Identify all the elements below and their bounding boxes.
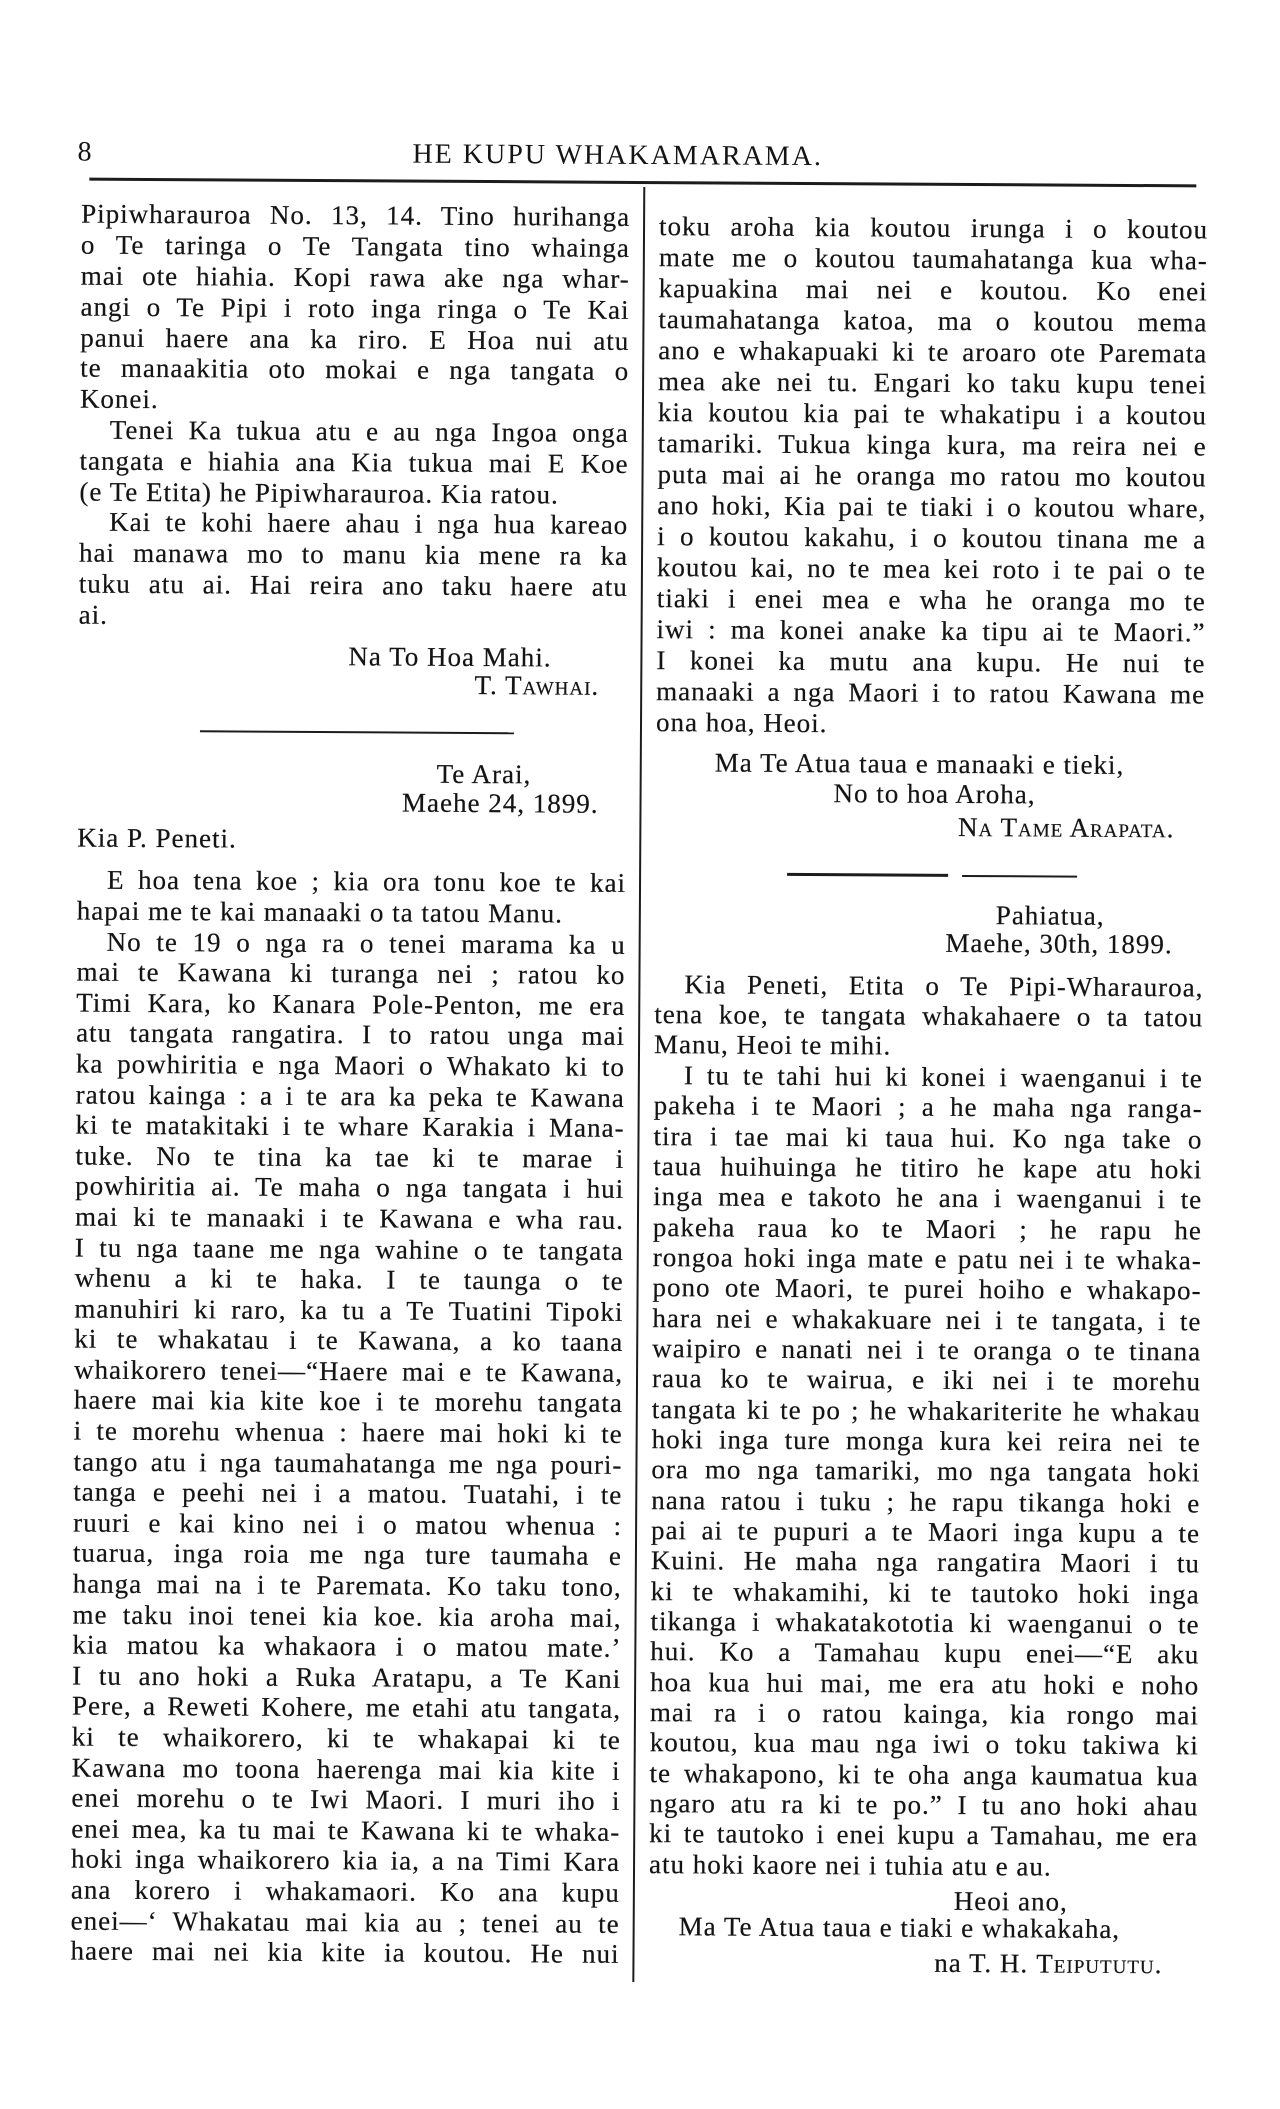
text-line: whenu a ki te haka. I te taunga o te xyxy=(75,1263,624,1297)
letter-closing: Ma Te Atua taua e manaaki e tieki, xyxy=(715,747,1125,780)
text-line: ki te matakitaki i te whare Karakia i Ma… xyxy=(75,1110,624,1144)
text-line: ruuri e kai kino nei i o matou whenua : xyxy=(73,1507,622,1541)
letter-signoff: Na To Hoa Mahi. xyxy=(348,642,551,674)
text-line: tiaki i enei mea e wha he oranga mo te xyxy=(657,583,1206,617)
text-line: i o koutou kakahu, i o koutou tinana me … xyxy=(657,521,1206,555)
letter-blessing: Ma Te Atua taua e tiaki e whakakaha, xyxy=(679,1911,1121,1944)
text-line: (e Te Etita) he Pipiwharauroa. Kia ratou… xyxy=(79,476,628,510)
text-line: panui haere ana ka riro. E Hoa nui atu xyxy=(80,322,629,356)
text-line: E hoa tena koe ; kia ora tonu koe te kai xyxy=(77,865,626,899)
text-line: ano e whakapuaki ki te aroaro ote Parema… xyxy=(658,335,1207,369)
text-line: inga mea e takoto he ana i waenganui i t… xyxy=(653,1181,1202,1215)
text-line: haere mai nei kia kite ia koutou. He nui xyxy=(70,1936,619,1970)
text-line: taua huihuinga he titiro he kape atu hok… xyxy=(653,1151,1202,1185)
text-line: tangata e hiahia ana Kia tukua mai E Koe xyxy=(80,445,629,479)
text-line: No te 19 o nga ra o tenei marama ka u xyxy=(77,926,626,960)
text-line: kia koutou kia pai te whakatipu i a kout… xyxy=(658,397,1207,431)
letter-place: Pahiatua, xyxy=(996,900,1105,931)
text-line: ki te whaikorero, ki te whakapai ki te xyxy=(72,1722,621,1756)
text-line: angi o Te Pipi i roto inga ringa o Te Ka… xyxy=(80,291,629,325)
text-line: manaaki a nga Maori i to ratou Kawana me xyxy=(656,676,1205,710)
text-line: tena koe, te tangata whakahaere o ta tat… xyxy=(654,999,1203,1033)
text-line: haere mai kia kite koe i te morehu tanga… xyxy=(74,1385,623,1419)
text-line: tira i tae mai ki taua hui. Ko nga take … xyxy=(653,1121,1202,1155)
text-line: hoki inga ture monga kura kei reira nei … xyxy=(652,1424,1201,1458)
text-line: taumahatanga katoa, ma o koutou mema xyxy=(658,304,1207,338)
left-column: Pipiwharauroa No. 13, 14. Tino hurihanga… xyxy=(70,0,632,2109)
text-line: mai ote hiahia. Kopi rawa ake nga whar- xyxy=(81,261,630,295)
text-line: kia matou ka whakaora i o matou mate.’ xyxy=(72,1630,621,1664)
text-line: I konei ka mutu ana kupu. He nui te xyxy=(656,645,1205,679)
text-line: te manaakitia oto mokai e nga tangata o xyxy=(80,353,629,387)
text-line: Pipiwharauroa No. 13, 14. Tino hurihanga xyxy=(81,199,630,233)
letter-tawhai-body: Pipiwharauroa No. 13, 14. Tino hurihanga… xyxy=(79,199,631,634)
text-line: mai ki te manaaki i te Kawana e wha rau. xyxy=(75,1201,624,1235)
text-line: enei morehu o te Iwi Maori. I muri iho i xyxy=(71,1783,620,1817)
letter-place: Te Arai, xyxy=(437,759,532,790)
text-line: mea ake nei tu. Engari ko taku kupu tene… xyxy=(658,366,1207,400)
text-line: hoa kua hui mai, me era atu hoki e noho xyxy=(650,1667,1199,1701)
text-line: Kuini. He maha nga rangatira Maori i tu xyxy=(651,1545,1200,1579)
text-line: tanga e peehi nei i a matou. Tuatahi, i … xyxy=(73,1477,622,1511)
text-line: ki te whakamihi, ki te tautoko hoki inga xyxy=(651,1576,1200,1610)
text-line: tangata ki te po ; he whakariterite he w… xyxy=(652,1394,1201,1428)
column-divider xyxy=(632,187,644,1982)
text-line: tuku atu ai. Hai reira ano taku haere at… xyxy=(79,569,628,603)
text-line: hui. Ko a Tamahau kupu enei—“E aku xyxy=(650,1636,1199,1670)
text-line: waipiro e nanati nei i te oranga o te ti… xyxy=(652,1333,1201,1367)
text-line: koutou, kua mau nga iwi o toku takiwa ki xyxy=(650,1727,1199,1761)
text-line: mai te Kawana ki turanga nei ; ratou ko xyxy=(76,957,625,991)
text-line: kapuakina mai nei e koutou. Ko enei xyxy=(659,273,1208,307)
letter-signature: na T. H.Teipututu. xyxy=(934,1948,1162,1980)
text-line: ratou kainga : a i te ara ka peka te Kaw… xyxy=(76,1079,625,1113)
text-line: whaikorero tenei—“Haere mai e te Kawana, xyxy=(74,1354,623,1388)
text-line: pono ote Maori, te purei hoiho e whakapo… xyxy=(652,1272,1201,1306)
newspaper-page: 8 HE KUPU WHAKAMARAMA. Pipiwharauroa No.… xyxy=(0,0,1280,2109)
text-line: puta mai ai he oranga mo ratou mo koutou xyxy=(657,459,1206,493)
text-line: iwi : ma konei anake ka tipu ai te Maori… xyxy=(656,614,1205,648)
text-line: Kai te kohi haere ahau i nga hua kareao xyxy=(79,507,628,541)
text-line: I tu nga taane me nga wahine o te tangat… xyxy=(75,1232,624,1266)
text-line: enei mea, ka tu mai te Kawana ki te whak… xyxy=(71,1813,620,1847)
letter-arapata-body: E hoa tena koe ; kia ora tonu koe te kai… xyxy=(70,865,626,1970)
text-line: Konei. xyxy=(80,384,629,418)
text-line: ona hoa, Heoi. xyxy=(656,707,1205,741)
text-line: Kawana mo toona haerenga mai kia kite i xyxy=(72,1752,621,1786)
text-line: Manu, Heoi te mihi. xyxy=(654,1030,1203,1064)
text-line: ora mo nga tamariki, mo nga tangata hoki xyxy=(651,1454,1200,1488)
text-line: hoki inga whaikorero kia ia, a na Timi K… xyxy=(71,1844,620,1878)
text-line: tuke. No te tina ka tae ki te marae i xyxy=(75,1140,624,1174)
text-line: tango atu i nga taumahatanga me nga pour… xyxy=(73,1446,622,1480)
text-line: atu tangata rangatira. I to ratou unga m… xyxy=(76,1018,625,1052)
letter-signoff: No to hoa Aroha, xyxy=(834,778,1036,810)
signature-name: Teipututu. xyxy=(1036,1948,1162,1979)
text-line: hapai me te kai manaaki o ta tatou Manu. xyxy=(77,896,626,930)
letter-date: Maehe, 30th, 1899. xyxy=(945,928,1172,960)
text-line: ai. xyxy=(79,599,628,633)
text-line: i te morehu whenua : haere mai hoki ki t… xyxy=(74,1416,623,1450)
text-line: I tu ano hoki a Ruka Aratapu, a Te Kani xyxy=(72,1660,621,1694)
text-line: mai ra i o ratou kainga, kia rongo mai xyxy=(650,1697,1199,1731)
text-line: hanga mai na i te Paremata. Ko taku tono… xyxy=(73,1569,622,1603)
text-line: rongoa hoki inga mate e patu nei i te wh… xyxy=(653,1242,1202,1276)
text-line: powhiritia ai. Te maha o nga tangata i h… xyxy=(75,1171,624,1205)
letter-date: Maehe 24, 1899. xyxy=(402,787,599,819)
text-line: atu hoki kaore nei i tuhia atu e au. xyxy=(649,1849,1198,1883)
text-line: toku aroha kia koutou irunga i o koutou xyxy=(659,211,1208,245)
text-line: tamariki. Tukua kinga kura, ma reira nei… xyxy=(658,428,1207,462)
letter-arapata-continued: toku aroha kia koutou irunga i o koutou … xyxy=(656,211,1208,741)
text-line: enei—‘ Whakatau mai kia au ; tenei au te xyxy=(71,1905,620,1939)
letter-salutation: Kia P. Peneti. xyxy=(77,823,237,855)
text-line: ki te tautoko i enei kupu a Tamahau, me … xyxy=(649,1818,1198,1852)
text-line: I tu te tahi hui ki konei i waenganui i … xyxy=(654,1060,1203,1094)
text-line: raua ko te wairua, e iki nei i te morehu xyxy=(652,1363,1201,1397)
text-line: ka powhiritia e nga Maori o Whakato ki t… xyxy=(76,1049,625,1083)
signature-prefix: na T. H. xyxy=(934,1948,1028,1979)
text-line: me taku inoi tenei kia koe. kia aroha ma… xyxy=(72,1599,621,1633)
text-line: Tenei Ka tukua atu e au nga Ingoa onga xyxy=(80,415,629,449)
letter-signature: Na Tame Arapata. xyxy=(958,812,1175,844)
text-line: mate me o koutou taumahatanga kua wha- xyxy=(659,242,1208,276)
right-column: toku aroha kia koutou irunga i o koutou … xyxy=(648,0,1210,2109)
text-line: pai ai te pupuri a te Maori inga kupu a … xyxy=(651,1515,1200,1549)
text-line: ano hoki, Kia pai te tiaki i o koutou wh… xyxy=(657,490,1206,524)
text-line: ana korero i whakamaori. Ko ana kupu xyxy=(71,1875,620,1909)
text-line: ngaro atu ra ki te po.” I tu ano hoki ah… xyxy=(649,1788,1198,1822)
text-line: tuarua, inga roia me nga ture taumaha e xyxy=(73,1538,622,1572)
text-line: Pere, a Reweti Kohere, me etahi atu tang… xyxy=(72,1691,621,1725)
text-line: ki te whakatau i te Kawana, a ko taana xyxy=(74,1324,623,1358)
letter-teipututu-body: Kia Peneti, Etita o Te Pipi-Wharauroa, t… xyxy=(649,969,1204,1883)
text-line: nana ratou i tuku ; he rapu tikanga hoki… xyxy=(651,1485,1200,1519)
letter-signature: T. Tawhai. xyxy=(474,670,599,702)
text-line: hara nei e whakakuare nei i te tangata, … xyxy=(652,1303,1201,1337)
text-line: Timi Kara, ko Kanara Pole-Penton, me era xyxy=(76,987,625,1021)
text-line: hai manawa mo to manu kia mene ra ka xyxy=(79,538,628,572)
text-line: te whakapono, ki te oha anga kaumatua ku… xyxy=(650,1758,1199,1792)
text-line: o Te taringa o Te Tangata tino whainga xyxy=(81,230,630,264)
text-line: pakeha raua ko te Maori ; he rapu he xyxy=(653,1212,1202,1246)
text-line: pakeha i te Maori ; a he maha nga ranga- xyxy=(654,1090,1203,1124)
text-line: Kia Peneti, Etita o Te Pipi-Wharauroa, xyxy=(654,969,1203,1003)
text-line: tikanga i whakatakototia ki waenganui o … xyxy=(650,1606,1199,1640)
text-line: koutou kai, no te mea kei roto i te pai … xyxy=(657,552,1206,586)
text-line: manuhiri ki raro, ka tu a Te Tuatini Tip… xyxy=(74,1293,623,1327)
